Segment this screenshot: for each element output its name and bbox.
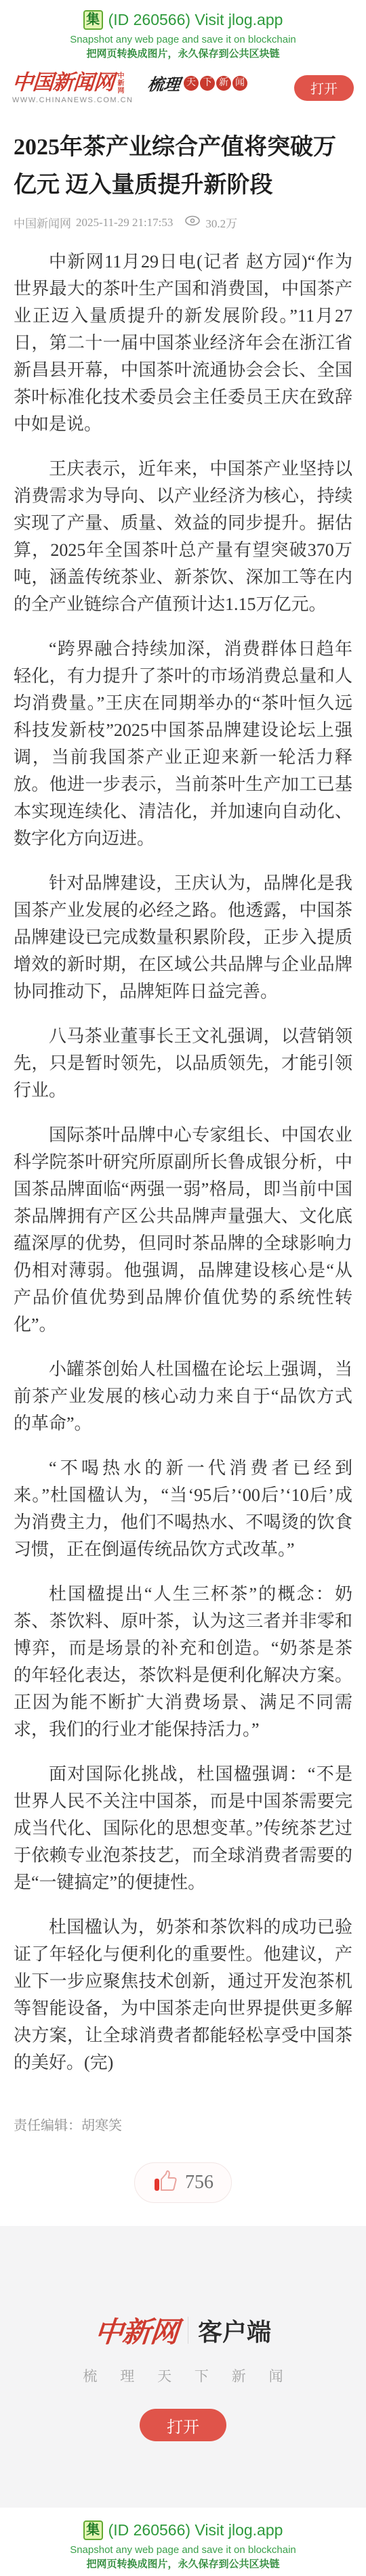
views-count: 30.2万 [205, 214, 237, 231]
like-count: 756 [185, 2172, 213, 2193]
ad-tagline-en: Snapshot any web page and save it on blo… [0, 32, 366, 47]
slogan-seal-char: 天 [184, 76, 199, 91]
article-paragraph: 国际茶叶品牌中心专家组长、中国农业科学院茶叶研究所原副所长鲁成银分析，中国茶品牌… [14, 1122, 352, 1338]
promo-client-label: 客户端 [198, 2313, 271, 2348]
article-source: 中国新闻网 [14, 214, 71, 231]
views-eye-icon [184, 215, 201, 230]
article-paragraph: 八马茶业董事长王文礼强调，以营销领先，只是暂时领先，以品质领先，才能引领行业。 [14, 1023, 352, 1104]
article-paragraph: 小罐茶创始人杜国楹在论坛上强调，当前茶产业发展的核心动力来自于“品饮方式的革命”… [14, 1356, 352, 1437]
slogan-seal-char: 下 [200, 76, 215, 91]
ad-tagline-zh: 把网页转换成图片，永久保存到公共区块链 [0, 47, 366, 62]
promo-divider [188, 2317, 188, 2344]
like-button[interactable]: 756 [134, 2162, 232, 2203]
blockchain-ad-banner-top: 集 (ID 260566) Visit jlog.app Snapshot an… [0, 0, 366, 66]
editor-line: 责任编辑：胡寒笑 [14, 2114, 352, 2134]
article-paragraph: 中新网11月29日电(记者 赵方园)“作为世界最大的茶叶生产国和消费国，中国茶产… [14, 248, 352, 438]
ad-link-row[interactable]: 集 (ID 260566) Visit jlog.app [0, 2518, 366, 2541]
article-paragraph: “跨界融合持续加深，消费群体日趋年轻化，有力提升了茶叶的市场消费总量和人均消费量… [14, 636, 352, 852]
slogan-seal-char: 闻 [232, 76, 247, 91]
logo-calligraphy-text: 中国新闻网 [12, 71, 115, 94]
promo-logo-row: 中新网 客户端 [0, 2310, 366, 2351]
ad-link-row[interactable]: 集 (ID 260566) Visit jlog.app [0, 8, 366, 31]
article-paragraph: 王庆表示，近年来，中国茶产业坚持以消费需求为导向、以产业经济为核心，持续实现了产… [14, 456, 352, 618]
header-slogan: 梳理 天下新闻 [148, 71, 247, 95]
thumbs-up-icon [152, 2169, 178, 2197]
article-paragraph: “不喝热水的新一代消费者已经到来。”杜国楹认为，“当‘95后’‘00后’‘10后… [14, 1455, 352, 1563]
site-header: 中国新闻网 中新网 WWW.CHINANEWS.COM.CN 梳理 天下新闻 打… [0, 66, 366, 111]
article-title: 2025年茶产业综合产值将突破万亿元 迈入量质提升新阶段 [14, 129, 352, 204]
ad-tagline-en: Snapshot any web page and save it on blo… [0, 2543, 366, 2557]
article-body: 中新网11月29日电(记者 赵方园)“作为世界最大的茶叶生产国和消费国，中国茶产… [14, 248, 352, 2076]
article-paragraph: 面对国际化挑战，杜国楹强调：“不是世界人民不关注中国茶，而是中国茶需要完成当代化… [14, 1761, 352, 1896]
chinanews-logo[interactable]: 中国新闻网 中新网 WWW.CHINANEWS.COM.CN [12, 71, 138, 104]
promo-logo-text: 中新网 [93, 2310, 180, 2351]
slogan-prefix-text: 梳理 [146, 71, 182, 95]
ad-tagline-zh: 把网页转换成图片，永久保存到公共区块链 [0, 2557, 366, 2572]
article-paragraph: 杜国楹认为，奶茶和茶饮料的成功已验证了年轻化与便利化的重要性。他建议，产业下一步… [14, 1914, 352, 2076]
logo-seal-text: 中新网 [116, 72, 123, 94]
article-datetime: 2025-11-29 21:17:53 [76, 216, 173, 230]
like-row: 756 [0, 2162, 366, 2203]
ji-logo-icon: 集 [83, 2520, 103, 2540]
logo-url-text: WWW.CHINANEWS.COM.CN [12, 96, 138, 104]
ad-link-text[interactable]: (ID 260566) Visit jlog.app [108, 2518, 283, 2541]
article-meta: 中国新闻网 2025-11-29 21:17:53 30.2万 [14, 214, 352, 231]
ad-link-text[interactable]: (ID 260566) Visit jlog.app [108, 8, 283, 31]
promo-slogan: 梳 理 天 下 新 闻 [0, 2365, 366, 2386]
app-promo-section: 中新网 客户端 梳 理 天 下 新 闻 打开 [0, 2226, 366, 2508]
open-app-button-bottom[interactable]: 打开 [140, 2409, 226, 2441]
article-paragraph: 杜国楹提出“人生三杯茶”的概念：奶茶、茶饮料、原叶茶，认为这三者并非零和博弈，而… [14, 1581, 352, 1743]
slogan-seal-char: 新 [216, 76, 231, 91]
ji-logo-icon: 集 [83, 10, 103, 30]
article: 2025年茶产业综合产值将突破万亿元 迈入量质提升新阶段 中国新闻网 2025-… [0, 129, 366, 2134]
blockchain-ad-banner-bottom: 集 (ID 260566) Visit jlog.app Snapshot an… [0, 2508, 366, 2576]
slogan-seal-list: 天下新闻 [182, 76, 247, 91]
open-app-button-top[interactable]: 打开 [294, 75, 354, 101]
article-paragraph: 针对品牌建设，王庆认为，品牌化是我国茶产业发展的必经之路。他透露，中国茶品牌建设… [14, 870, 352, 1005]
